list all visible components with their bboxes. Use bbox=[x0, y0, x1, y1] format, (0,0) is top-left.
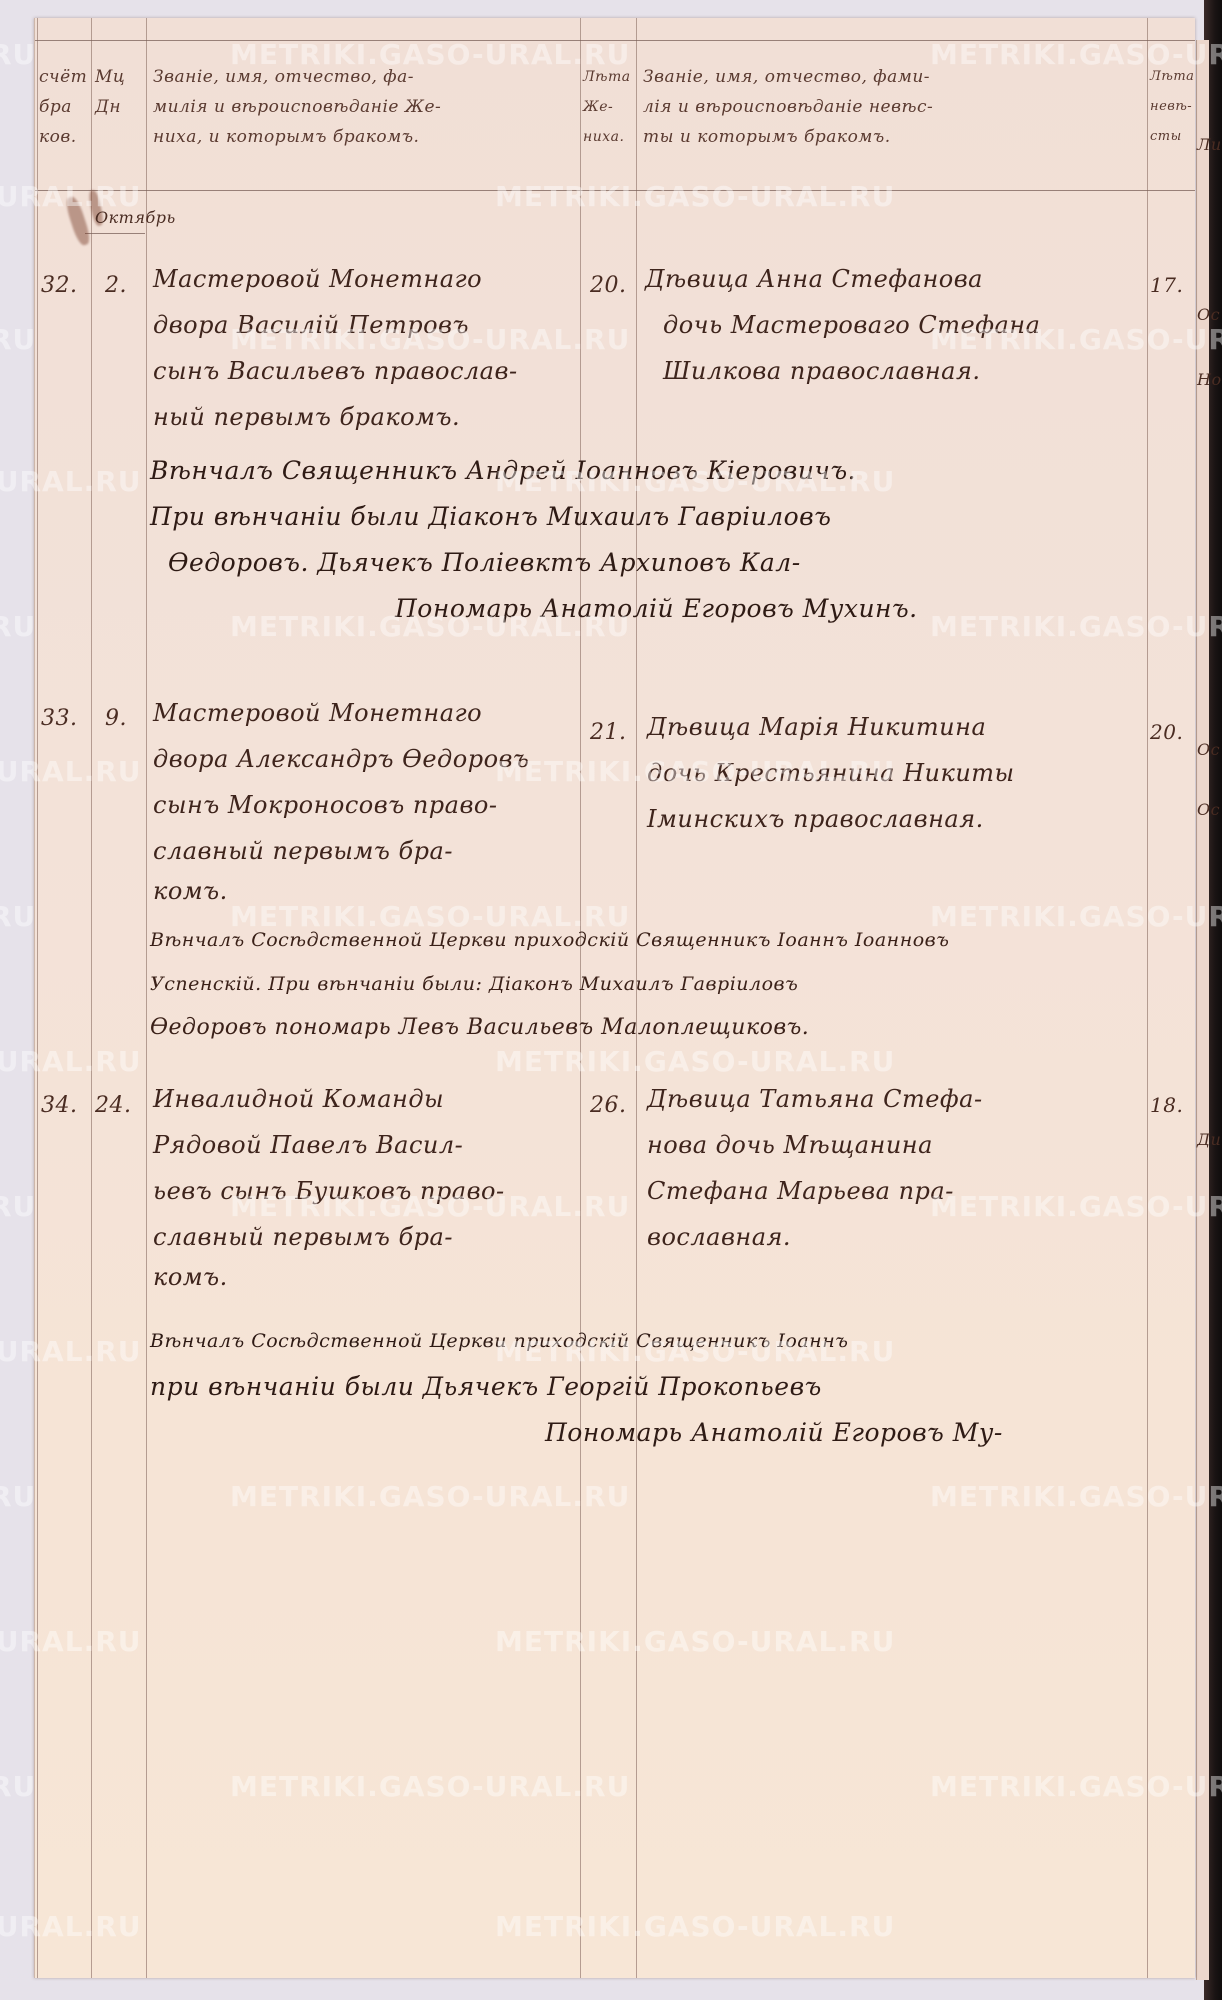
next-page-edge: Ли Ос Но Ос Ос Ди bbox=[1196, 40, 1209, 1980]
watermark: RU bbox=[0, 1770, 36, 1803]
header-groom-age: Лѣта Же- ниха. bbox=[583, 62, 631, 152]
officiant-witnesses: Вѣнчалъ Священникъ Андрей Іоанновъ Кіеро… bbox=[150, 448, 918, 632]
record-day: 24. bbox=[95, 1093, 132, 1118]
header-bottom-rule bbox=[35, 190, 1195, 191]
header-month-day: Мц Дн bbox=[95, 62, 125, 122]
next-page-fragment: Ос bbox=[1197, 740, 1220, 759]
header-bride: Званіе, имя, отчество, фами- лія и вѣрои… bbox=[643, 62, 933, 152]
next-page-fragment: Ди bbox=[1197, 1130, 1221, 1149]
watermark: RU bbox=[0, 323, 36, 356]
next-page-fragment: Ос bbox=[1197, 800, 1220, 819]
column-rule bbox=[91, 18, 92, 1978]
groom-age: 21. bbox=[590, 720, 627, 745]
watermark: RU bbox=[0, 1480, 36, 1513]
watermark: RU bbox=[0, 38, 36, 71]
next-page-fragment: Ос bbox=[1197, 305, 1220, 324]
column-rule bbox=[37, 18, 38, 1978]
watermark: RU bbox=[0, 1190, 36, 1223]
next-page-fragment: Но bbox=[1197, 370, 1222, 389]
groom-entry: Мастеровой Монетнаго двора Александръ Ѳе… bbox=[153, 690, 530, 908]
officiant-witnesses: Вѣнчалъ Сосѣдственной Церкви приходскій … bbox=[150, 1318, 1003, 1456]
groom-age: 20. bbox=[590, 273, 627, 298]
record-day: 9. bbox=[105, 706, 127, 731]
watermark: RU bbox=[0, 610, 36, 643]
record-number: 34. bbox=[41, 1093, 78, 1118]
watermark: RU bbox=[0, 900, 36, 933]
bride-entry: Дѣвица Марія Никитина дочь Крестьянина Н… bbox=[647, 704, 1015, 842]
next-page-fragment: Ли bbox=[1197, 135, 1222, 154]
header-record-no: счёт бра ков. bbox=[39, 62, 87, 152]
header-bride-age: Лѣта невѣ- сты bbox=[1150, 62, 1194, 152]
bride-age: 20. bbox=[1150, 720, 1183, 744]
column-rule bbox=[1147, 18, 1148, 1978]
column-rule bbox=[146, 18, 147, 1978]
month-label: Октябрь bbox=[95, 208, 176, 227]
bride-age: 17. bbox=[1150, 273, 1183, 297]
bride-entry: Дѣвица Анна Стефанова дочь Мастероваго С… bbox=[645, 256, 1040, 394]
record-number: 33. bbox=[41, 706, 78, 731]
register-page: счёт бра ков. Мц Дн Званіе, имя, отчеств… bbox=[34, 18, 1195, 1978]
officiant-witnesses: Вѣнчалъ Сосѣдственной Церкви приходскій … bbox=[150, 918, 949, 1050]
record-number: 32. bbox=[41, 273, 78, 298]
record-day: 2. bbox=[105, 273, 127, 298]
header-groom: Званіе, имя, отчество, фа- милія и вѣрои… bbox=[153, 62, 441, 152]
bride-entry: Дѣвица Татьяна Стефа- нова дочь Мѣщанина… bbox=[647, 1076, 983, 1260]
bride-age: 18. bbox=[1150, 1093, 1183, 1117]
header-top-rule bbox=[35, 40, 1195, 41]
groom-age: 26. bbox=[590, 1093, 627, 1118]
groom-entry: Инвалидной Команды Рядовой Павелъ Васил-… bbox=[153, 1076, 505, 1294]
month-underline bbox=[85, 233, 145, 234]
groom-entry: Мастеровой Монетнаго двора Василій Петро… bbox=[153, 256, 518, 440]
ink-stain bbox=[64, 195, 93, 247]
